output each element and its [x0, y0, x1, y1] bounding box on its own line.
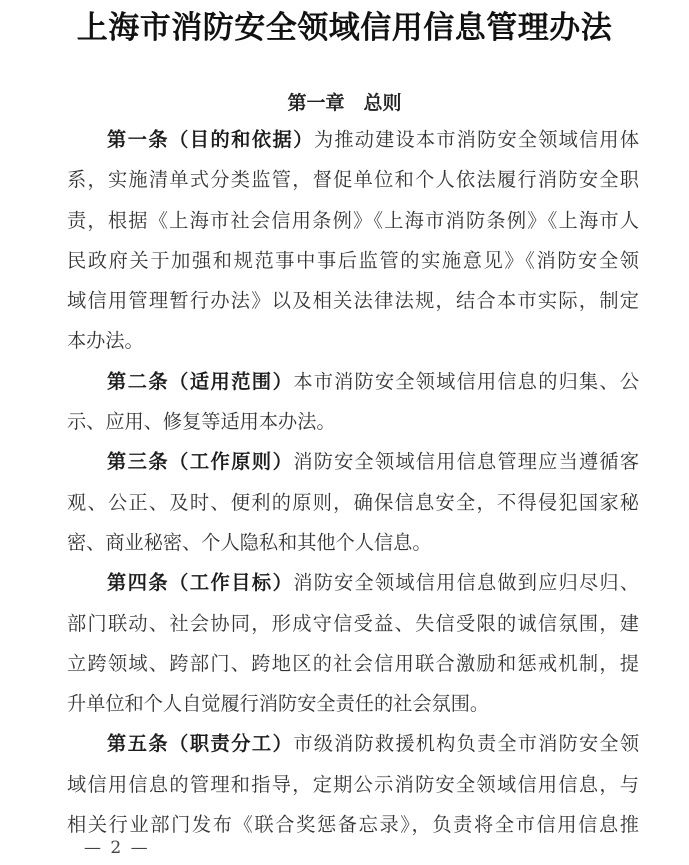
article-line: 民政府关于加强和规范事中事后监管的实施意见》《消防安全领	[67, 241, 639, 281]
article-heading: 第一条（目的和依据）	[107, 128, 314, 151]
article-line: 立跨领域、跨部门、跨地区的社会信用联合激励和惩戒机制，提	[67, 644, 639, 684]
article-text: 市级消防救援机构负责全市消防安全领	[293, 732, 639, 755]
article-heading: 第四条（工作目标）	[107, 571, 293, 594]
chapter-heading: 第一章 总则	[0, 88, 689, 115]
page-number: — 2 —	[84, 838, 150, 858]
article-first-line: 第三条（工作原则）消防安全领域信用信息管理应当遵循客	[67, 442, 639, 482]
article-line: 域信用信息的管理和指导，定期公示消防安全领域信用信息，与	[67, 765, 639, 805]
article-line: 本办法。	[67, 321, 639, 361]
article-line: 责，根据《上海市社会信用条例》《上海市消防条例》《上海市人	[67, 201, 639, 241]
article-line: 密、商业秘密、个人隐私和其他个人信息。	[67, 523, 639, 563]
article-line: 系，实施清单式分类监管，督促单位和个人依法履行消防安全职	[67, 160, 639, 200]
document-title: 上海市消防安全领域信用信息管理办法	[0, 2, 689, 47]
article-text: 本市消防安全领域信用信息的归集、公	[293, 370, 639, 393]
article-3: 第三条（工作原则）消防安全领域信用信息管理应当遵循客 观、公正、及时、便利的原则…	[67, 442, 639, 563]
article-text: 为推动建设本市消防安全领域信用体	[314, 128, 639, 151]
article-text: 消防安全领域信用信息管理应当遵循客	[293, 450, 639, 473]
article-1: 第一条（目的和依据）为推动建设本市消防安全领域信用体 系，实施清单式分类监管，督…	[67, 120, 639, 362]
article-heading: 第五条（职责分工）	[107, 732, 293, 755]
article-first-line: 第五条（职责分工）市级消防救援机构负责全市消防安全领	[67, 724, 639, 764]
article-heading: 第三条（工作原则）	[107, 450, 293, 473]
article-line: 相关行业部门发布《联合奖惩备忘录》，负责将全市信用信息推	[67, 805, 639, 845]
article-2: 第二条（适用范围）本市消防安全领域信用信息的归集、公 示、应用、修复等适用本办法…	[67, 362, 639, 443]
article-first-line: 第一条（目的和依据）为推动建设本市消防安全领域信用体	[67, 120, 639, 160]
article-5: 第五条（职责分工）市级消防救援机构负责全市消防安全领 域信用信息的管理和指导，定…	[67, 724, 639, 845]
article-4: 第四条（工作目标）消防安全领域信用信息做到应归尽归、 部门联动、社会协同，形成守…	[67, 563, 639, 724]
article-line: 观、公正、及时、便利的原则，确保信息安全，不得侵犯国家秘	[67, 483, 639, 523]
article-line: 域信用管理暂行办法》以及相关法律法规，结合本市实际，制定	[67, 281, 639, 321]
article-line: 升单位和个人自觉履行消防安全责任的社会氛围。	[67, 684, 639, 724]
article-heading: 第二条（适用范围）	[107, 370, 293, 393]
article-text: 消防安全领域信用信息做到应归尽归、	[293, 571, 639, 594]
article-first-line: 第四条（工作目标）消防安全领域信用信息做到应归尽归、	[67, 563, 639, 603]
document-body: 第一条（目的和依据）为推动建设本市消防安全领域信用体 系，实施清单式分类监管，督…	[67, 120, 639, 845]
article-line: 部门联动、社会协同，形成守信受益、失信受限的诚信氛围，建	[67, 604, 639, 644]
article-line: 示、应用、修复等适用本办法。	[67, 402, 639, 442]
article-first-line: 第二条（适用范围）本市消防安全领域信用信息的归集、公	[67, 362, 639, 402]
